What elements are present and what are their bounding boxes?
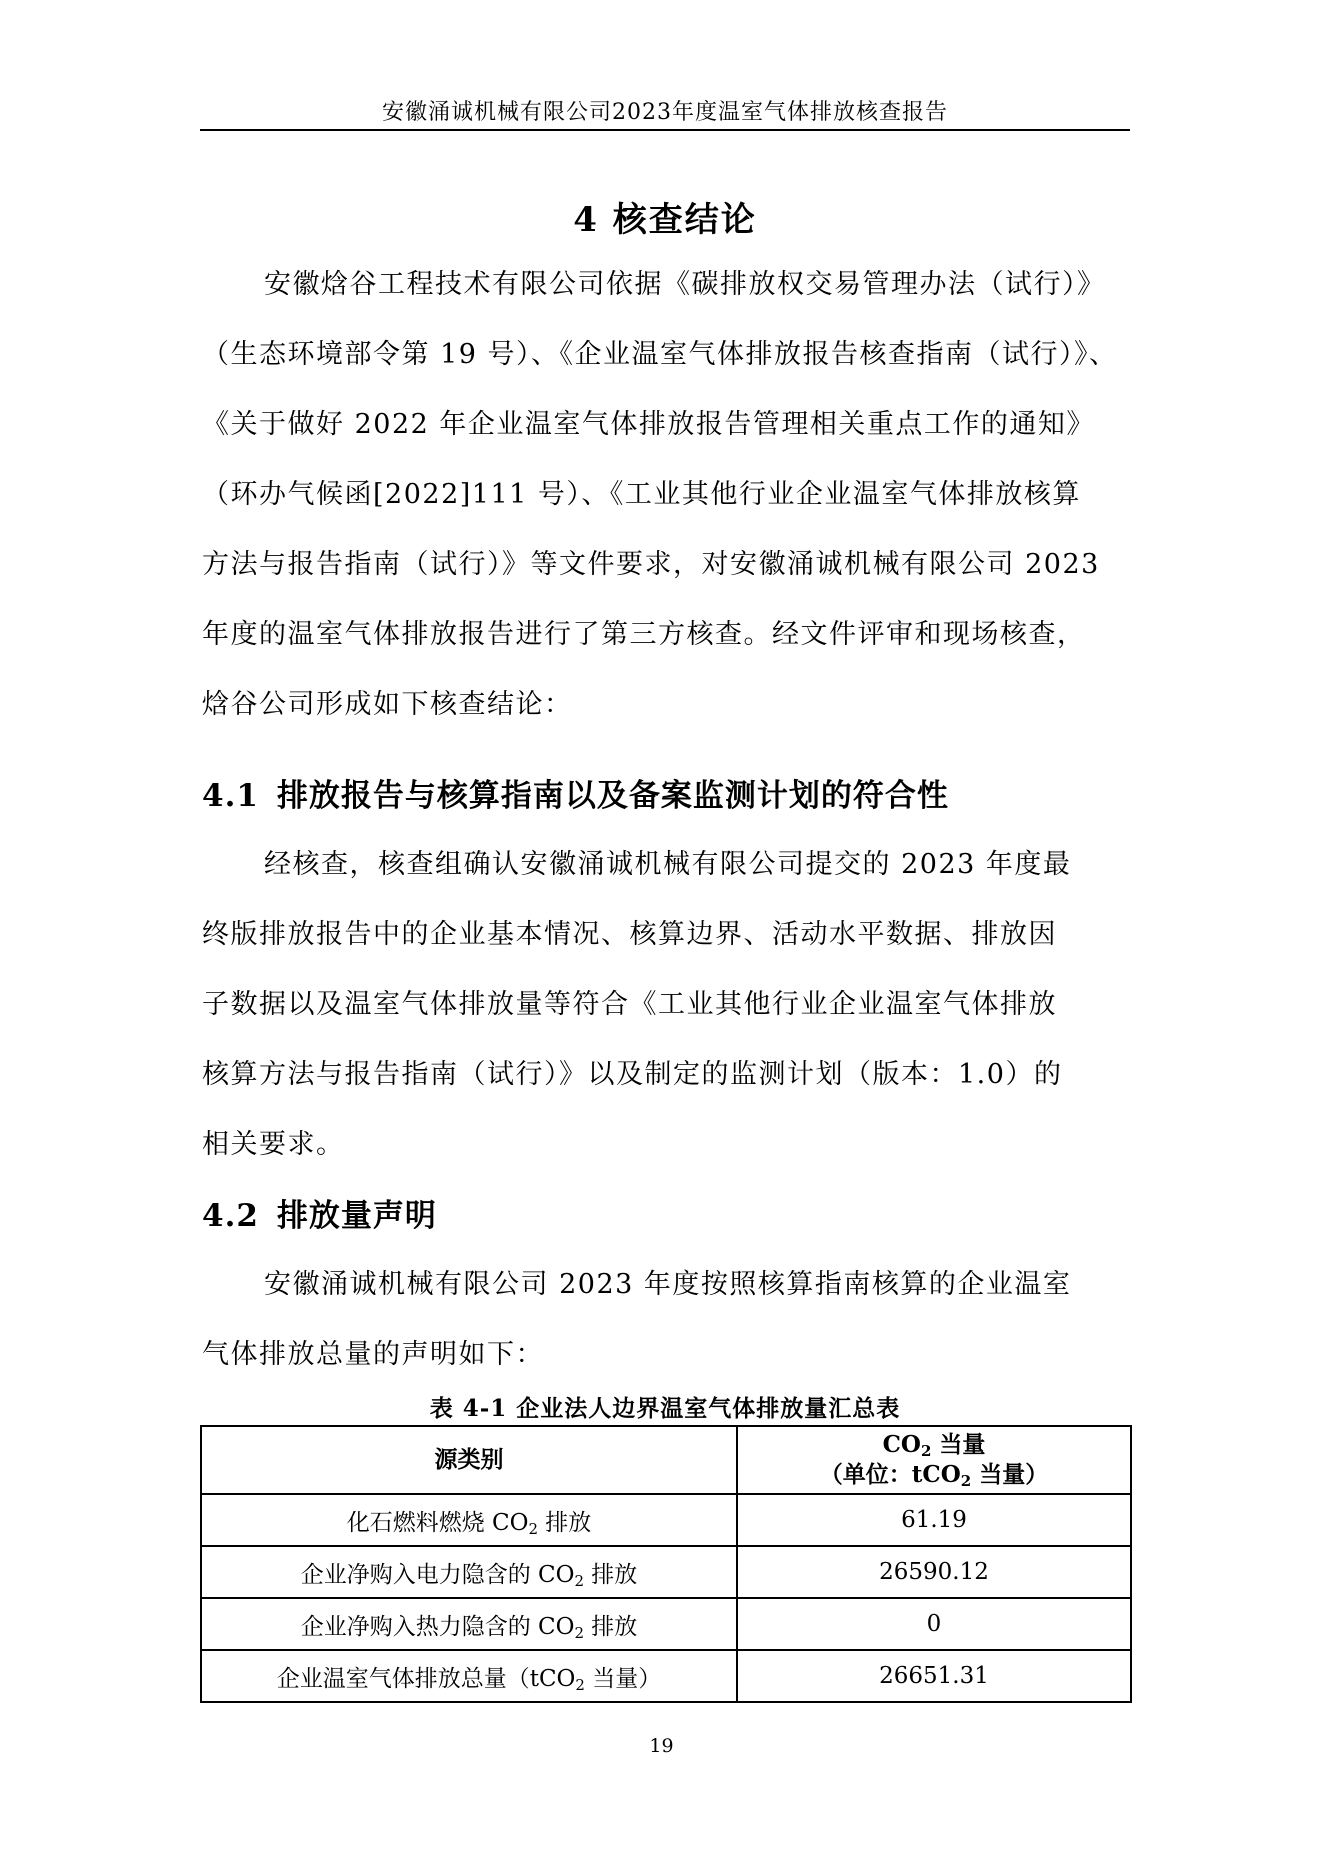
section-heading-4-1: 4.1排放报告与核算指南以及备案监测计划的符合性 [202,770,949,815]
source-cell: 企业净购入热力隐含的 CO2 排放 [201,1598,737,1650]
chapter-title-text: 核查结论 [613,200,757,240]
paragraph-line: 方法与报告指南（试行）》等文件要求，对安徽涌诚机械有限公司 2023 [202,530,1132,600]
paragraph-line: 年度的温室气体排放报告进行了第三方核查。经文件评审和现场核查， [202,600,1132,670]
source-cell: 企业温室气体排放总量（tCO2 当量） [201,1650,737,1702]
header-source-category: 源类别 [201,1426,737,1494]
table-caption: 表 4-1 企业法人边界温室气体排放量汇总表 [200,1390,1130,1423]
section-4-2-paragraph: 安徽涌诚机械有限公司 2023 年度按照核算指南核算的企业温室 气体排放总量的声… [202,1250,1132,1390]
table-row: 企业净购入电力隐含的 CO2 排放 26590.12 [201,1546,1131,1598]
table-header-row: 源类别 CO2 当量 （单位：tCO2 当量） [201,1426,1131,1494]
source-cell: 企业净购入电力隐含的 CO2 排放 [201,1546,737,1598]
section-4-1-paragraph: 经核查，核查组确认安徽涌诚机械有限公司提交的 2023 年度最 终版排放报告中的… [202,830,1132,1180]
paragraph-line: （环办气候函[2022]111 号）、《工业其他行业企业温室气体排放核算 [202,460,1132,530]
value-cell: 0 [737,1598,1131,1650]
running-header: 安徽涌诚机械有限公司2023年度温室气体排放核查报告 [200,95,1130,126]
section-number: 4.2 [202,1198,259,1234]
header-rule [200,129,1130,131]
section-title-text: 排放报告与核算指南以及备案监测计划的符合性 [277,778,949,814]
paragraph-line: 气体排放总量的声明如下： [202,1320,1132,1390]
paragraph-line: 焓谷公司形成如下核查结论： [202,670,1132,740]
page-number: 19 [0,1735,1323,1757]
table-row: 化石燃料燃烧 CO2 排放 61.19 [201,1494,1131,1546]
section-title-text: 排放量声明 [277,1198,437,1234]
source-cell: 化石燃料燃烧 CO2 排放 [201,1494,737,1546]
header-co2-equivalent: CO2 当量 （单位：tCO2 当量） [737,1426,1131,1494]
chapter-title: 4 核查结论 [200,192,1130,241]
table-row-total: 企业温室气体排放总量（tCO2 当量） 26651.31 [201,1650,1131,1702]
paragraph-line: 终版排放报告中的企业基本情况、核算边界、活动水平数据、排放因 [202,900,1132,970]
paragraph-line: （生态环境部令第 19 号）、《企业温室气体排放报告核查指南（试行）》、 [202,320,1132,390]
paragraph-line: 相关要求。 [202,1110,1132,1180]
intro-paragraph: 安徽焓谷工程技术有限公司依据《碳排放权交易管理办法（试行）》 （生态环境部令第 … [202,250,1132,740]
table-row: 企业净购入热力隐含的 CO2 排放 0 [201,1598,1131,1650]
document-page: 安徽涌诚机械有限公司2023年度温室气体排放核查报告 4 核查结论 安徽焓谷工程… [0,0,1323,1871]
paragraph-line: 《关于做好 2022 年企业温室气体排放报告管理相关重点工作的通知》 [202,390,1132,460]
paragraph-line: 安徽涌诚机械有限公司 2023 年度按照核算指南核算的企业温室 [202,1250,1132,1320]
paragraph-line: 子数据以及温室气体排放量等符合《工业其他行业企业温室气体排放 [202,970,1132,1040]
section-number: 4.1 [202,778,259,814]
paragraph-line: 安徽焓谷工程技术有限公司依据《碳排放权交易管理办法（试行）》 [202,250,1132,320]
value-cell: 61.19 [737,1494,1131,1546]
chapter-number: 4 [573,200,599,240]
emissions-summary-table: 源类别 CO2 当量 （单位：tCO2 当量） 化石燃料燃烧 CO2 排放 61… [200,1425,1132,1703]
paragraph-line: 经核查，核查组确认安徽涌诚机械有限公司提交的 2023 年度最 [202,830,1132,900]
paragraph-line: 核算方法与报告指南（试行）》以及制定的监测计划（版本：1.0）的 [202,1040,1132,1110]
value-cell: 26651.31 [737,1650,1131,1702]
value-cell: 26590.12 [737,1546,1131,1598]
section-heading-4-2: 4.2排放量声明 [202,1190,437,1235]
